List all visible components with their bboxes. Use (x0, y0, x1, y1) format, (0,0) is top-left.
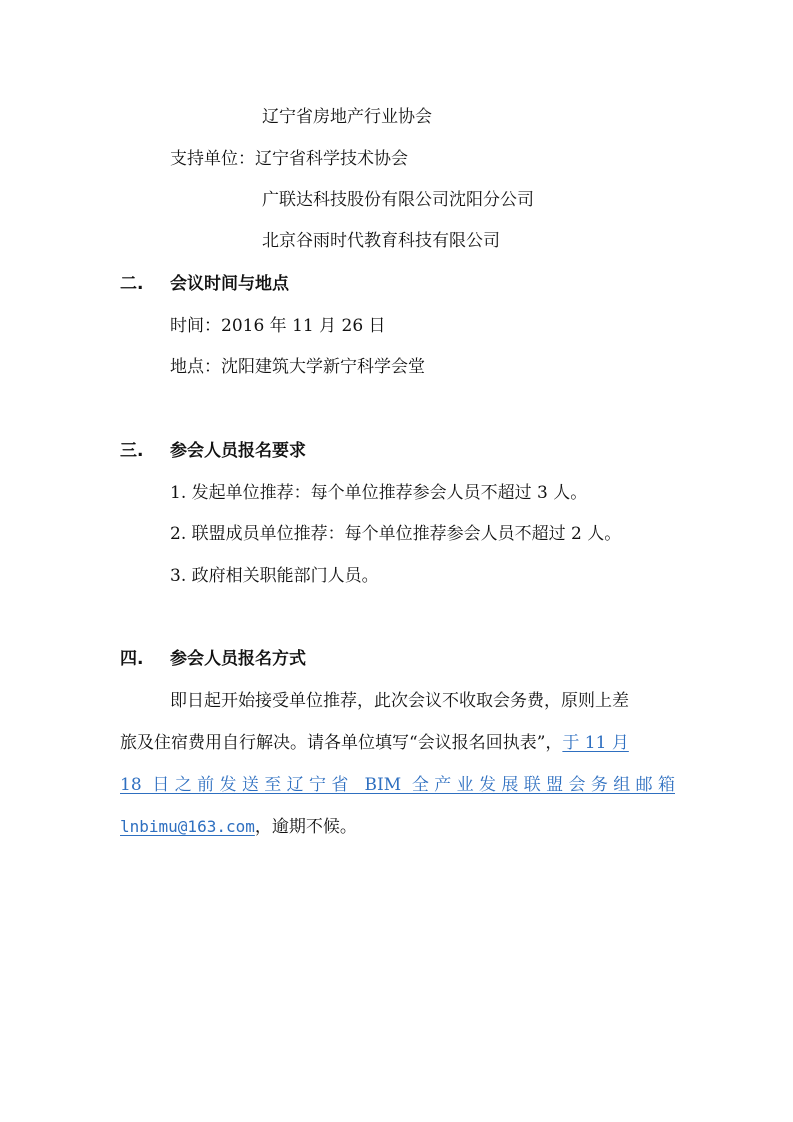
registration-paragraph-line-4: lnbimu@163.com，逾期不候。 (120, 816, 357, 838)
section-title: 会议时间与地点 (170, 274, 289, 294)
section-number: 二. (120, 273, 170, 295)
requirement-item-3: 3. 政府相关职能部门人员。 (170, 565, 379, 587)
meeting-place: 地点：沈阳建筑大学新宁科学会堂 (170, 356, 425, 378)
section-3-heading: 三.参会人员报名要求 (120, 440, 306, 462)
section-title: 参会人员报名要求 (170, 441, 306, 461)
support-unit-2: 广联达科技股份有限公司沈阳分公司 (262, 189, 534, 211)
section-number: 三. (120, 440, 170, 462)
meeting-time: 时间：2016 年 11 月 26 日 (170, 315, 386, 337)
section-title: 参会人员报名方式 (170, 649, 306, 669)
email-link[interactable]: lnbimu@163.com (120, 817, 255, 836)
deadline-link-continued[interactable]: 18 日之前发送至辽宁省 BIM 全产业发展联盟会务组邮箱 (120, 774, 675, 796)
registration-paragraph-line-1: 即日起开始接受单位推荐，此次会议不收取会务费，原则上差 (170, 690, 629, 712)
requirement-item-1: 1. 发起单位推荐：每个单位推荐参会人员不超过 3 人。 (170, 482, 587, 504)
deadline-link[interactable]: 于 11 月 (562, 733, 628, 753)
paragraph-text: ，逾期不候。 (255, 817, 357, 837)
support-units-row: 支持单位：辽宁省科学技术协会 (170, 148, 408, 170)
support-label: 支持单位： (170, 149, 255, 169)
requirement-item-2: 2. 联盟成员单位推荐：每个单位推荐参会人员不超过 2 人。 (170, 523, 621, 545)
support-unit-3: 北京谷雨时代教育科技有限公司 (262, 230, 500, 252)
section-4-heading: 四.参会人员报名方式 (120, 648, 306, 670)
section-2-heading: 二.会议时间与地点 (120, 273, 289, 295)
support-unit-1: 辽宁省科学技术协会 (255, 149, 408, 169)
registration-paragraph-line-2: 旅及住宿费用自行解决。请各单位填写“会议报名回执表”，于 11 月 (120, 732, 629, 754)
paragraph-text: 旅及住宿费用自行解决。请各单位填写“会议报名回执表”， (120, 733, 562, 753)
section-number: 四. (120, 648, 170, 670)
organizer-line: 辽宁省房地产行业协会 (262, 106, 432, 128)
